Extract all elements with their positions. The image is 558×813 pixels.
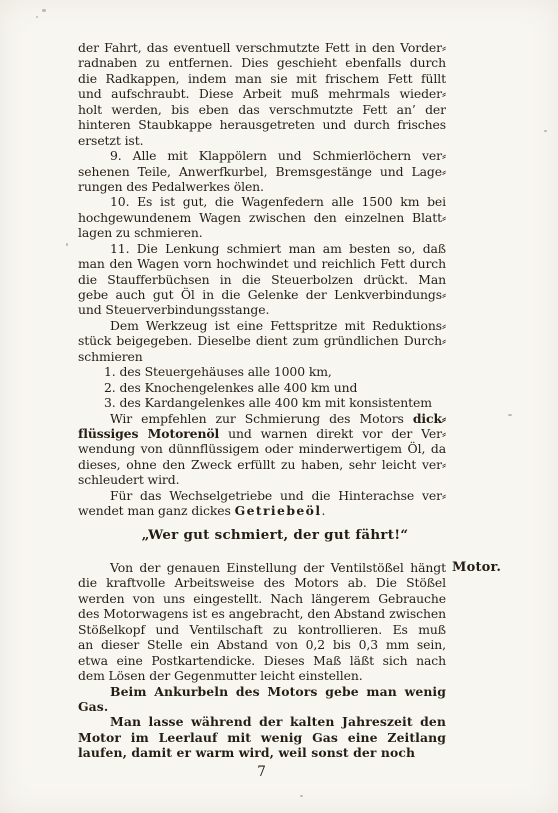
scan-speck: [42, 9, 46, 12]
text-line: Motor im Leerlauf mit wenig Gas eine Zei…: [78, 730, 446, 745]
scan-speck: [66, 243, 68, 246]
scan-speck: [544, 130, 547, 132]
text-line: Für das Wechselgetriebe und die Hinterac…: [78, 488, 446, 503]
paragraph: 10. Es ist gut, die Wagenfedern alle 150…: [78, 194, 446, 240]
margin-note: Motor.: [452, 560, 501, 575]
body-text: und aufschraubt. Diese Arbeit muß mehrma…: [78, 86, 446, 101]
text-line: wendung von dünnflüssigem oder minderwer…: [78, 441, 446, 456]
text-line: 11. Die Lenkung schmiert man am besten s…: [78, 241, 446, 256]
text-line: werden von uns eingestellt. Nach längere…: [78, 591, 446, 606]
paragraph: 1. des Steuergehäuses alle 1000 km,2. de…: [78, 364, 446, 410]
body-text: stück beigegeben. Dieselbe dient zum grü…: [78, 333, 446, 348]
emphasized-text: Getriebeöl: [235, 503, 322, 518]
text-line: 2. des Knochengelenkes alle 400 km und: [78, 380, 446, 395]
paragraph: der Fahrt, das eventuell verschmutzte Fe…: [78, 40, 446, 148]
text-line: dieses, ohne den Zweck erfüllt zu haben,…: [78, 457, 446, 472]
text-line: gebe auch gut Öl in die Gelenke der Lenk…: [78, 287, 446, 302]
body-text: die Staufferbüchsen in die Steuerbolzen …: [78, 272, 446, 287]
body-text: laufen, damit er warm wird, weil sonst d…: [78, 745, 415, 760]
body-text: 10. Es ist gut, die Wagenfedern alle 150…: [110, 194, 446, 209]
text-line: Wir empfehlen zur Schmierung des Motors …: [78, 411, 446, 426]
text-line: der Fahrt, das eventuell verschmutzte Fe…: [78, 40, 446, 55]
text-line: Dem Werkzeug ist eine Fettspritze mit Re…: [78, 318, 446, 333]
scanned-page: der Fahrt, das eventuell verschmutzte Fe…: [0, 0, 558, 813]
body-text: holt werden, bis eben das verschmutzte F…: [78, 102, 446, 117]
body-text: etwa eine Postkartendicke. Dieses Maß lä…: [78, 653, 446, 668]
text-line: des Motorwagens ist es angebracht, den A…: [78, 606, 446, 621]
body-text: des Motorwagens ist es angebracht, den A…: [78, 606, 446, 621]
text-line: Stößelkopf und Ventilschaft zu kontrolli…: [78, 622, 446, 637]
paragraph: Wir empfehlen zur Schmierung des Motors …: [78, 411, 446, 488]
body-text: wendet man ganz dickes: [78, 503, 235, 518]
body-text: gebe auch gut Öl in die Gelenke der Lenk…: [78, 287, 446, 302]
text-line: schleudert wird.: [78, 472, 446, 487]
text-line: radnaben zu entfernen. Dies geschieht eb…: [78, 55, 446, 70]
text-line: 9. Alle mit Klappölern und Schmierlöcher…: [78, 148, 446, 163]
text-line: Beim Ankurbeln des Motors gebe man wenig: [78, 684, 446, 699]
body-text: und warnen direkt vor der Ver⸗: [219, 426, 446, 441]
text-line: die Staufferbüchsen in die Steuerbolzen …: [78, 272, 446, 287]
text-line: und aufschraubt. Diese Arbeit muß mehrma…: [78, 86, 446, 101]
body-text: rungen des Pedalwerkes ölen.: [78, 179, 264, 194]
body-text: Beim Ankurbeln des Motors gebe man wenig: [110, 684, 446, 699]
body-text: Wir empfehlen zur Schmierung des Motors: [110, 411, 413, 426]
body-text: dem Lösen der Gegenmutter leicht einstel…: [78, 668, 363, 683]
body-text: an dieser Stelle ein Abstand von 0,2 bis…: [78, 637, 446, 652]
paragraph: Beim Ankurbeln des Motors gebe man wenig…: [78, 684, 446, 715]
body-text: radnaben zu entfernen. Dies geschieht eb…: [78, 55, 446, 70]
body-text: man den Wagen vorn hochwindet und reichl…: [78, 256, 446, 271]
text-line: Von der genauen Einstellung der Ventilst…: [78, 560, 446, 575]
text-line: dem Lösen der Gegenmutter leicht einstel…: [78, 668, 446, 683]
body-text: 11. Die Lenkung schmiert man am besten s…: [110, 241, 446, 256]
text-line: holt werden, bis eben das verschmutzte F…: [78, 102, 446, 117]
text-line: ersetzt ist.: [78, 133, 446, 148]
paragraph: Man lasse während der kalten Jahreszeit …: [78, 714, 446, 760]
body-text: schleudert wird.: [78, 472, 179, 487]
text-line: an dieser Stelle ein Abstand von 0,2 bis…: [78, 637, 446, 652]
body-text: Dem Werkzeug ist eine Fettspritze mit Re…: [110, 318, 446, 333]
paragraph: 11. Die Lenkung schmiert man am besten s…: [78, 241, 446, 318]
body-text: die kraftvolle Arbeitsweise des Motors a…: [78, 575, 446, 590]
text-line: 10. Es ist gut, die Wagenfedern alle 150…: [78, 194, 446, 209]
scan-speck: [36, 16, 38, 18]
page-number: 7: [78, 764, 446, 780]
body-text: lagen zu schmieren.: [78, 225, 203, 240]
text-line: etwa eine Postkartendicke. Dieses Maß lä…: [78, 653, 446, 668]
body-text: Motor im Leerlauf mit wenig Gas eine Zei…: [78, 730, 446, 745]
text-line: wendet man ganz dickes Getriebeöl.: [78, 503, 446, 518]
body-text: Für das Wechselgetriebe und die Hinterac…: [110, 488, 446, 503]
text-line: stück beigegeben. Dieselbe dient zum grü…: [78, 333, 446, 348]
text-line: schmieren: [78, 349, 446, 364]
scan-speck: [508, 414, 512, 416]
body-text: Gas.: [78, 699, 108, 714]
body-text: 2. des Knochengelenkes alle 400 km und: [104, 380, 357, 395]
emphasized-text: flüssiges Motorenöl: [78, 426, 219, 441]
body-text: und Steuerverbindungsstange.: [78, 302, 269, 317]
body-text: ersetzt ist.: [78, 133, 143, 148]
body-text: Stößelkopf und Ventilschaft zu kontrolli…: [78, 622, 446, 637]
text-line: flüssiges Motorenöl und warnen direkt vo…: [78, 426, 446, 441]
body-text: 3. des Kardangelenkes alle 400 km mit ko…: [78, 395, 432, 410]
text-line: rungen des Pedalwerkes ölen.: [78, 179, 446, 194]
body-text: wendung von dünnflüssigem oder minderwer…: [78, 441, 446, 456]
scan-speck: [300, 795, 303, 797]
text-line: 3. des Kardangelenkes alle 400 km mit ko…: [78, 395, 446, 410]
body-text: hinteren Staubkappe herausgetreten und d…: [78, 117, 446, 132]
body-text: der Fahrt, das eventuell verschmutzte Fe…: [78, 40, 446, 55]
body-text: dieses, ohne den Zweck erfüllt zu haben,…: [78, 457, 446, 472]
body-text: Man lasse während der kalten Jahreszeit …: [110, 714, 446, 729]
text-line: sehenen Teile, Anwerfkurbel, Bremsgestän…: [78, 164, 446, 179]
text-line: lagen zu schmieren.: [78, 225, 446, 240]
paragraph: Von der genauen Einstellung der Ventilst…: [78, 560, 446, 684]
emphasized-text: dick⸗: [413, 411, 446, 426]
body-text: hochgewundenem Wagen zwischen den einzel…: [78, 210, 446, 225]
body-text: werden von uns eingestellt. Nach längere…: [78, 591, 446, 606]
paragraph: 9. Alle mit Klappölern und Schmierlöcher…: [78, 148, 446, 194]
text-line: man den Wagen vorn hochwindet und reichl…: [78, 256, 446, 271]
body-text: .: [321, 503, 325, 518]
text-line: laufen, damit er warm wird, weil sonst d…: [78, 745, 446, 760]
body-text: 9. Alle mit Klappölern und Schmierlöcher…: [110, 148, 446, 163]
text-line: Man lasse während der kalten Jahreszeit …: [78, 714, 446, 729]
paragraph: Dem Werkzeug ist eine Fettspritze mit Re…: [78, 318, 446, 364]
section-heading: „Wer gut schmiert, der gut fährt!“: [78, 528, 446, 543]
body-text: sehenen Teile, Anwerfkurbel, Bremsgestän…: [78, 164, 446, 179]
text-line: die Radkappen, indem man sie mit frische…: [78, 71, 446, 86]
body-text: Von der genauen Einstellung der Ventilst…: [110, 560, 446, 575]
paragraph: Für das Wechselgetriebe und die Hinterac…: [78, 488, 446, 519]
text-line: Gas.: [78, 699, 446, 714]
text-column: der Fahrt, das eventuell verschmutzte Fe…: [78, 40, 446, 761]
text-line: hinteren Staubkappe herausgetreten und d…: [78, 117, 446, 132]
text-line: hochgewundenem Wagen zwischen den einzel…: [78, 210, 446, 225]
text-line: und Steuerverbindungsstange.: [78, 302, 446, 317]
body-text: die Radkappen, indem man sie mit frische…: [78, 71, 446, 86]
body-text: 1. des Steuergehäuses alle 1000 km,: [104, 364, 332, 379]
text-line: die kraftvolle Arbeitsweise des Motors a…: [78, 575, 446, 590]
body-text: schmieren: [78, 349, 143, 364]
text-line: 1. des Steuergehäuses alle 1000 km,: [78, 364, 446, 379]
